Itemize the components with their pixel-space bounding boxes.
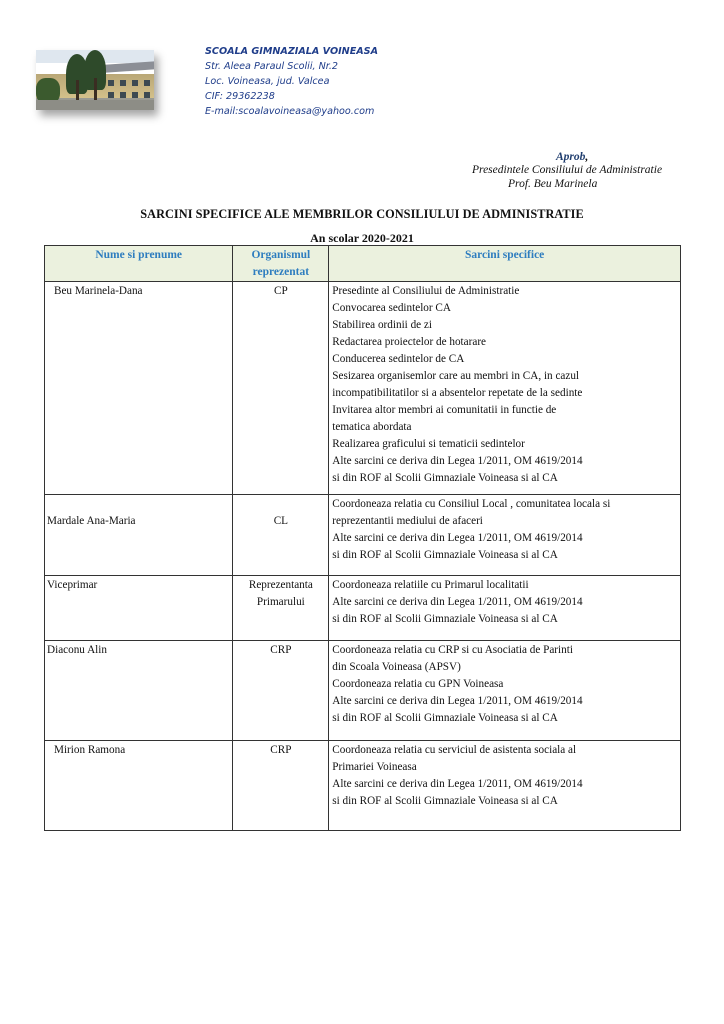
task-line: Convocarea sedintelor CA (332, 300, 680, 317)
tasks-cell: Coordoneaza relatiile cu Primarul locali… (329, 576, 681, 641)
table-header-row: Nume si prenume Organismul reprezentat S… (45, 246, 681, 282)
school-building-photo (36, 50, 154, 110)
task-line: si din ROF al Scolii Gimnaziale Voineasa… (332, 611, 680, 628)
task-line: tematica abordata (332, 419, 680, 436)
task-line: Coordoneaza relatia cu serviciul de asis… (332, 742, 680, 759)
member-name: Viceprimar (47, 576, 232, 594)
table-row: Beu Marinela-DanaCPPresedinte al Consili… (45, 282, 681, 495)
member-name: Mardale Ana-Maria (47, 495, 232, 530)
member-name: Mirion Ramona (54, 741, 232, 759)
school-cif: CIF: 29362238 (205, 89, 378, 104)
task-line: si din ROF al Scolii Gimnaziale Voineasa… (332, 710, 680, 727)
task-line: Alte sarcini ce deriva din Legea 1/2011,… (332, 594, 680, 611)
task-line: Coordoneaza relatia cu GPN Voineasa (332, 676, 680, 693)
task-line: Alte sarcini ce deriva din Legea 1/2011,… (332, 693, 680, 710)
task-line: Conducerea sedintelor de CA (332, 351, 680, 368)
document-subtitle: An scolar 2020-2021 (0, 231, 724, 246)
header-organism: Organismul reprezentat (233, 246, 329, 282)
task-line: Invitarea altor membri ai comunitatii in… (332, 402, 680, 419)
task-line: din Scoala Voineasa (APSV) (332, 659, 680, 676)
task-line: Coordoneaza relatia cu CRP si cu Asociat… (332, 642, 680, 659)
letterhead: SCOALA GIMNAZIALA VOINEASA Str. Aleea Pa… (36, 42, 436, 122)
member-name-cell: Viceprimar (45, 576, 233, 641)
header-tasks: Sarcini specifice (329, 246, 681, 282)
school-contact-info: SCOALA GIMNAZIALA VOINEASA Str. Aleea Pa… (205, 44, 378, 119)
table-row: Mirion RamonaCRPCoordoneaza relatia cu s… (45, 741, 681, 831)
table-row: Mardale Ana-MariaCLCoordoneaza relatia c… (45, 495, 681, 576)
school-email: E-mail:scoalavoineasa@yahoo.com (205, 104, 378, 119)
school-address-locality: Loc. Voineasa, jud. Valcea (205, 74, 378, 89)
task-line: Presedinte al Consiliului de Administrat… (332, 283, 680, 300)
member-name-cell: Diaconu Alin (45, 641, 233, 741)
organism-line: Reprezentanta (233, 577, 328, 594)
member-name-cell: Mirion Ramona (45, 741, 233, 831)
tasks-cell: Presedinte al Consiliului de Administrat… (329, 282, 681, 495)
task-line: Coordoneaza relatia cu Consiliul Local ,… (332, 496, 680, 513)
task-line: Alte sarcini ce deriva din Legea 1/2011,… (332, 453, 680, 470)
organism-line: CL (233, 513, 328, 530)
task-line: si din ROF al Scolii Gimnaziale Voineasa… (332, 793, 680, 810)
member-name-cell: Beu Marinela-Dana (45, 282, 233, 495)
member-name: Beu Marinela-Dana (54, 282, 232, 300)
task-line: Alte sarcini ce deriva din Legea 1/2011,… (332, 530, 680, 547)
school-address-street: Str. Aleea Paraul Scolii, Nr.2 (205, 59, 378, 74)
organism-line: CRP (233, 642, 328, 659)
task-line: si din ROF al Scolii Gimnaziale Voineasa… (332, 470, 680, 487)
table-row: Diaconu AlinCRPCoordoneaza relatia cu CR… (45, 641, 681, 741)
task-line: si din ROF al Scolii Gimnaziale Voineasa… (332, 547, 680, 564)
approver-name: Prof. Beu Marinela (508, 177, 597, 192)
organism-cell: CL (233, 495, 329, 576)
organism-line: CP (233, 283, 328, 300)
organism-cell: CP (233, 282, 329, 495)
header-name: Nume si prenume (45, 246, 233, 282)
task-line: Primariei Voineasa (332, 759, 680, 776)
tasks-cell: Coordoneaza relatia cu serviciul de asis… (329, 741, 681, 831)
member-name-cell: Mardale Ana-Maria (45, 495, 233, 576)
tasks-cell: Coordoneaza relatia cu Consiliul Local ,… (329, 495, 681, 576)
task-line: reprezentantii mediului de afaceri (332, 513, 680, 530)
organism-cell: ReprezentantaPrimarului (233, 576, 329, 641)
organism-line: Primarului (233, 594, 328, 611)
organism-cell: CRP (233, 741, 329, 831)
table-row: ViceprimarReprezentantaPrimaruluiCoordon… (45, 576, 681, 641)
approver-role: Presedintele Consiliului de Administrati… (472, 163, 662, 178)
document-title: SARCINI SPECIFICE ALE MEMBRILOR CONSILIU… (0, 207, 724, 222)
school-name: SCOALA GIMNAZIALA VOINEASA (205, 44, 378, 59)
task-line: incompatibilitatilor si a absentelor rep… (332, 385, 680, 402)
tasks-cell: Coordoneaza relatia cu CRP si cu Asociat… (329, 641, 681, 741)
task-line: Coordoneaza relatiile cu Primarul locali… (332, 577, 680, 594)
task-line: Realizarea graficului si tematicii sedin… (332, 436, 680, 453)
task-line: Redactarea proiectelor de hotarare (332, 334, 680, 351)
task-line: Sesizarea organisemlor care au membri in… (332, 368, 680, 385)
member-name: Diaconu Alin (47, 641, 232, 659)
organism-line: CRP (233, 742, 328, 759)
tasks-table: Nume si prenume Organismul reprezentat S… (44, 245, 681, 831)
organism-cell: CRP (233, 641, 329, 741)
task-line: Alte sarcini ce deriva din Legea 1/2011,… (332, 776, 680, 793)
task-line: Stabilirea ordinii de zi (332, 317, 680, 334)
